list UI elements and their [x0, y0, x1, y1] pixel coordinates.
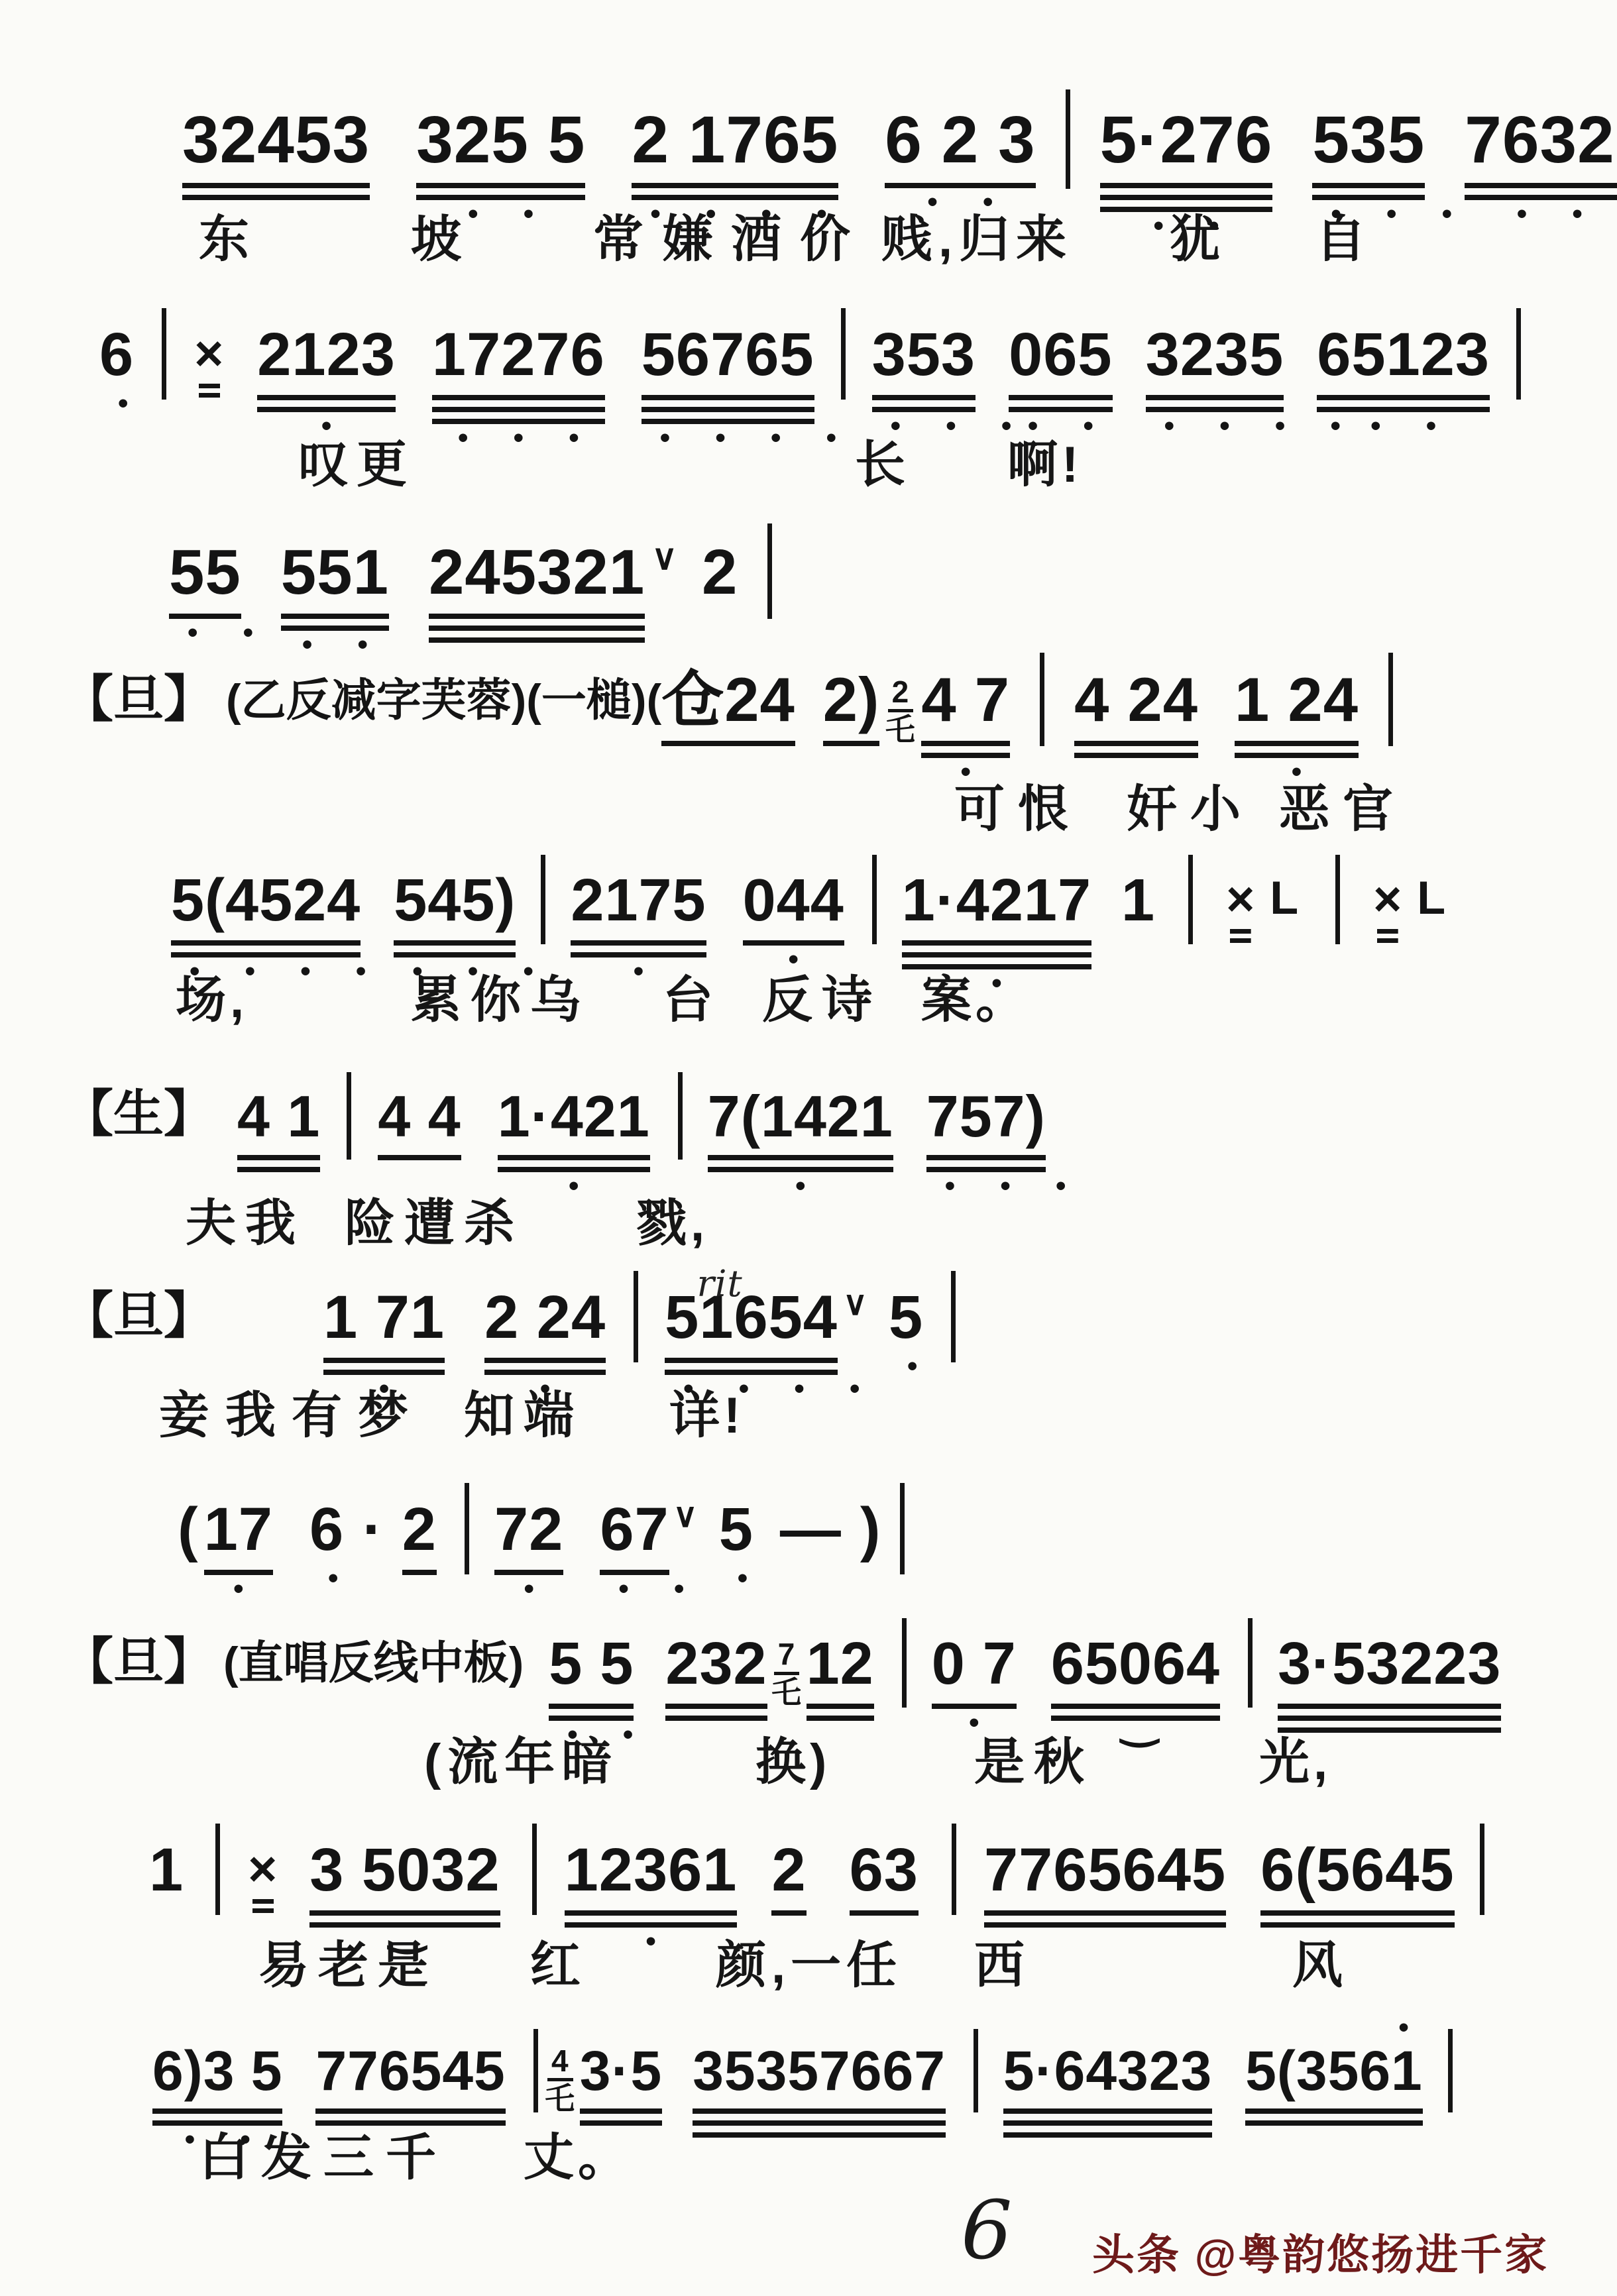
note-digits: 17276: [432, 323, 605, 424]
note-digits: 2175: [571, 869, 706, 957]
note-group: 72•: [494, 1495, 563, 1575]
note-digits: 17: [204, 1498, 273, 1575]
music-line: 【旦】1 71•2 24•rit51654• • • •∨5•: [63, 1271, 956, 1375]
note-group: 仓24: [661, 664, 795, 746]
note-group: 1 24•: [1235, 664, 1359, 758]
percussion-x-mark: ×: [1373, 871, 1402, 943]
note-group: 545)• • •: [394, 867, 516, 957]
note-group: 12361•: [565, 1835, 738, 1928]
note-digits: 1 24: [1235, 667, 1359, 758]
note-group: 4 24: [1074, 664, 1198, 758]
lyric-syllable: 险遭杀: [345, 1183, 524, 1255]
octave-dots-below: •: [719, 1567, 753, 1590]
lyric-syllable: 叹更: [298, 424, 415, 496]
lyric-syllable: 西: [974, 1925, 1029, 1997]
lyric-syllable: 场,: [176, 959, 248, 1032]
barline: [1516, 308, 1521, 400]
role-label: 【生】: [63, 1086, 214, 1142]
barline: [634, 1271, 638, 1362]
note-digits: 5(3561: [1245, 2042, 1423, 2125]
note-group: 4 7•: [921, 664, 1010, 758]
meter-fraction: 2乇: [885, 676, 916, 746]
barline: [900, 1483, 905, 1574]
note-group: 32453: [182, 102, 370, 200]
lyric-syllable: (流年暗: [424, 1722, 618, 1794]
note-group: 6(5645: [1260, 1835, 1454, 1928]
score-text: —: [780, 1495, 842, 1564]
note-digits: 5: [889, 1285, 923, 1350]
note-group: 044•: [743, 867, 844, 946]
note-digits: 353: [872, 323, 976, 412]
note-group: 6•: [309, 1495, 344, 1564]
lyric-line: 场,累你乌台反诗案。: [0, 959, 1617, 1032]
percussion-x-mark: ×: [1226, 871, 1255, 943]
lyric-syllable: 是秋: [974, 1722, 1093, 1794]
barline: [215, 1824, 220, 1915]
meter-fraction: 7乇: [771, 1638, 803, 1708]
percussion-x-mark: ×: [194, 325, 224, 398]
octave-dots-below: • •: [600, 1578, 669, 1600]
lyric-syllable: 风: [1292, 1925, 1347, 1997]
barline: [1448, 2029, 1453, 2112]
note-group: 65123• •: [1317, 320, 1490, 412]
note-digits: 6: [99, 323, 134, 387]
note-digits: 2): [823, 667, 880, 746]
note-group: 0 7•: [932, 1630, 1017, 1709]
barline: [347, 1072, 351, 1160]
lyric-line: 可恨奸小恶官: [0, 769, 1617, 842]
note-digits: 044: [743, 869, 844, 946]
lyric-line: 易老是红颜,一任西风: [0, 1925, 1617, 1998]
note-digits: 1 71: [323, 1285, 445, 1375]
note-digits: 4 7: [921, 667, 1010, 758]
note-group: 2175•: [571, 867, 706, 957]
barline: [541, 855, 545, 944]
note-digits: 232: [665, 1633, 767, 1721]
note-digits: 1·421: [498, 1086, 650, 1172]
note-digits: 763272: [1465, 105, 1617, 200]
note-digits: 545): [394, 869, 516, 957]
note-digits: 56765: [641, 323, 814, 424]
note-group: 551• •: [281, 536, 389, 631]
note-digits: 535: [1312, 105, 1425, 200]
note-digits: 2: [771, 1838, 806, 1916]
note-digits: 55: [169, 539, 241, 620]
note-group: 65064: [1051, 1630, 1220, 1721]
note-group: 2): [823, 664, 880, 746]
lyric-syllable: 详!: [669, 1375, 744, 1447]
barline: [1040, 653, 1044, 746]
lyric-syllable: 戮,: [636, 1183, 708, 1255]
lyric-syllable: 易老是: [258, 1925, 437, 1997]
note-group: 6•: [99, 320, 134, 390]
lyric-syllable: 犹: [1170, 199, 1224, 271]
lyric-syllable: 台: [663, 959, 717, 1032]
note-digits: 3·5: [580, 2042, 662, 2125]
note-digits: 6: [309, 1498, 344, 1562]
note-group: 757)• • •: [926, 1083, 1046, 1172]
note-digits: 65064: [1051, 1633, 1220, 1721]
note-group: 3·5: [580, 2039, 662, 2125]
tune-annotation: (直唱反线中板): [223, 1638, 524, 1688]
score-text: ): [860, 1495, 881, 1564]
lyric-syllable: 奸小: [1127, 769, 1254, 841]
note-digits: 72: [494, 1498, 563, 1575]
note-digits: 776545: [315, 2042, 505, 2125]
barline: [1480, 1824, 1484, 1915]
note-digits: 5 5: [549, 1633, 634, 1721]
note-digits: 6(5645: [1260, 1838, 1454, 1928]
note-group: 4 1: [237, 1083, 320, 1172]
barline: [1388, 653, 1393, 746]
note-digits: 4 24: [1074, 667, 1198, 758]
barline: [465, 1483, 469, 1574]
octave-dots-below: •: [494, 1578, 563, 1600]
note-group: 065• •: [1009, 320, 1113, 412]
lyric-syllable: 长: [855, 424, 909, 496]
note-digits: 51654: [665, 1285, 838, 1375]
lyric-syllable: 自: [1315, 199, 1370, 271]
barline: [532, 1824, 537, 1915]
note-group: 535• • •: [1312, 102, 1425, 200]
note-digits: 2: [402, 1498, 437, 1575]
note-group: 5(3561•: [1245, 2039, 1423, 2125]
note-group: 2: [402, 1495, 437, 1575]
lyric-syllable: 累你乌: [411, 959, 590, 1032]
lyric-syllable: 贱,归来: [881, 199, 1073, 271]
role-label: 【旦】: [63, 1633, 214, 1690]
fraction-top: 2: [888, 676, 914, 712]
note-group: 776545: [315, 2039, 505, 2125]
note-group: 4 4: [378, 1083, 461, 1160]
note-group: 1·421•: [498, 1083, 650, 1172]
music-line: 【旦】(乙反减字芙蓉)(一槌)(仓242)2乇4 7•4 241 24•: [63, 653, 1393, 765]
octave-dots-below: • •: [169, 622, 241, 644]
music-line: 【生】4 14 41·421•7(1421•757)• • •: [63, 1072, 1046, 1172]
lyric-line: 妾我有梦知端详!: [0, 1375, 1617, 1448]
note-digits: 2 1765: [632, 105, 838, 200]
music-line: 32453325 5• •2 1765• • • •6 2 3• •5·276•…: [182, 89, 1617, 212]
note-group: 7(1421•: [708, 1083, 893, 1172]
note-digits: 63: [850, 1838, 919, 1916]
note-digits: 3235: [1146, 323, 1284, 412]
note-group: 232: [665, 1630, 767, 1721]
role-label: 【旦】: [63, 671, 214, 728]
note-digits: 1·4217: [902, 869, 1091, 969]
barline: [902, 1618, 907, 1708]
note-group: 5 5• •: [549, 1630, 634, 1721]
percussion-l-mark: L: [1270, 871, 1299, 924]
barline: [533, 2029, 538, 2112]
note-digits: 5·276: [1100, 105, 1273, 212]
lyric-line: 白发三千丈。: [0, 2117, 1617, 2190]
note-group: 1·4217•: [902, 867, 1091, 969]
note-group: 51654• • • •: [665, 1283, 838, 1375]
lyric-syllable: 反诗: [762, 959, 881, 1032]
barline: [952, 1824, 956, 1915]
barline: [678, 1072, 683, 1160]
note-group: 2: [771, 1835, 806, 1916]
note-group: 2123•: [257, 320, 396, 412]
note-digits: 7(1421: [708, 1086, 893, 1172]
note-group: 5(4524• • • •: [171, 867, 361, 957]
score-text: (: [178, 1495, 199, 1564]
octave-dot-above: •: [1398, 2018, 1409, 2038]
barline: [974, 2029, 978, 2112]
barline: [1188, 855, 1193, 944]
note-digits: 7765645: [984, 1838, 1226, 1928]
music-line: 6•×2123•17276• • •56765• • • •353• • •06…: [99, 308, 1521, 424]
barline: [951, 1271, 956, 1362]
note-digits: 0 7: [932, 1633, 1017, 1709]
note-group: 245321: [429, 536, 645, 643]
breath-mark: ∨: [843, 1284, 868, 1322]
lyric-syllable: 坡: [411, 199, 465, 271]
note-digits: 2: [702, 539, 738, 606]
octave-dots-below: •: [204, 1578, 273, 1600]
note-group: 6)3 5• •: [152, 2039, 282, 2125]
breath-mark: ∨: [673, 1496, 698, 1534]
percussion-x-mark: ×: [248, 1840, 278, 1913]
note-group: 2 24•: [484, 1283, 606, 1375]
fraction-bottom: 乇: [545, 2081, 576, 2114]
note-group: 12: [807, 1630, 874, 1721]
note-digits: 325 5: [416, 105, 585, 200]
page-number: 6: [961, 2183, 1013, 2277]
lyric-syllable: 案。: [921, 959, 1030, 1032]
note-group: 1: [1121, 867, 1155, 935]
note-group: 17•: [204, 1495, 273, 1575]
note-group: 5•: [889, 1283, 923, 1352]
note-digits: 4 4: [378, 1086, 461, 1160]
barline: [1248, 1618, 1253, 1708]
fraction-top: 4: [547, 2045, 573, 2081]
note-digits: 1: [149, 1838, 184, 1902]
note-group: 7765645: [984, 1835, 1226, 1928]
tune-annotation: (乙反减字芙蓉)(一槌)(: [226, 675, 661, 726]
fraction-bottom: 乇: [885, 712, 916, 745]
fraction-top: 7: [774, 1638, 800, 1674]
meter-fraction: 4乇: [545, 2045, 576, 2115]
note-digits: 6 2 3: [885, 105, 1035, 188]
note-digits: 6)3 5: [152, 2042, 282, 2125]
lyric-syllable: 光,: [1259, 1722, 1331, 1794]
lyric-syllable: 恶官: [1279, 769, 1406, 841]
note-digits: 065: [1009, 323, 1113, 412]
note-group: 56765• • • •: [641, 320, 814, 424]
lyric-syllable: 常嫌酒价: [593, 199, 869, 271]
barline: [1335, 855, 1340, 944]
note-digits: 12361: [565, 1838, 738, 1928]
lyric-line: 东坡常嫌酒价贱,归来犹自: [0, 199, 1617, 272]
barline: [767, 523, 772, 619]
note-group: 3 5032: [309, 1835, 500, 1928]
music-line: 55• •551• •245321∨2: [169, 523, 772, 643]
note-digits: 67: [600, 1498, 669, 1575]
barline: [162, 308, 166, 400]
note-digits: 551: [281, 539, 389, 631]
note-digits: 2123: [257, 323, 396, 412]
lyric-syllable: 换): [755, 1722, 830, 1794]
note-digits: 65123: [1317, 323, 1490, 412]
role-label: 【旦】: [63, 1288, 214, 1344]
fraction-bottom: 乇: [771, 1675, 803, 1708]
octave-dots-below: •: [309, 1567, 344, 1590]
note-digits: 1: [1121, 869, 1155, 932]
note-group: 325 5• •: [416, 102, 585, 200]
note-digits: 2 24: [484, 1285, 606, 1375]
music-line: 5(4524• • • •545)• • •2175•044•1·4217•1×…: [171, 855, 1446, 969]
lyric-syllable: 知端: [464, 1375, 583, 1447]
music-line: 1×3 503212361•26377656456(5645: [149, 1824, 1484, 1928]
music-line: (17•6•·272•67• •∨5•—): [178, 1483, 905, 1575]
lyric-syllable: 红: [530, 1925, 585, 1997]
note-digits: 4 1: [237, 1086, 320, 1172]
note-group: 6 2 3• •: [885, 102, 1035, 188]
sheet-music-page: 32453325 5• •2 1765• • • •6 2 3• •5·276•…: [0, 0, 1617, 2296]
breath-mark: ∨: [651, 538, 678, 577]
note-digits: 32453: [182, 105, 370, 200]
note-digits: 5: [719, 1498, 753, 1562]
lyric-syllable: 妾我有梦: [159, 1375, 424, 1447]
lyric-line: 叹更长啊!: [0, 424, 1617, 497]
barline: [841, 308, 846, 400]
note-digits: 245321: [429, 539, 645, 643]
note-group: 17276• • •: [432, 320, 605, 424]
note-group: 55• •: [169, 536, 241, 620]
note-group: 353• • •: [872, 320, 976, 412]
note-group: 5·276• •: [1100, 102, 1273, 212]
note-digits: 757): [926, 1086, 1046, 1172]
lyric-syllable: 白发三千: [199, 2117, 448, 2189]
note-digits: 12: [807, 1633, 874, 1721]
note-group: 2 1765• • • •: [632, 102, 838, 200]
barline: [872, 855, 877, 944]
lyric-line: (流年暗换)是秋光,: [0, 1722, 1617, 1794]
lyric-syllable: 夫我: [186, 1183, 305, 1255]
note-group: 5•: [719, 1495, 753, 1564]
note-group: 1 71•: [323, 1283, 445, 1375]
lyric-syllable: 东: [199, 199, 253, 271]
lyric-syllable: 颜,一任: [716, 1925, 902, 1997]
note-digits: 仓24: [661, 667, 795, 746]
note-group: 1: [149, 1835, 184, 1905]
note-group: 763272• • •: [1465, 102, 1617, 200]
lyric-syllable: 啊!: [1007, 424, 1082, 496]
barline: [1066, 89, 1070, 189]
lyric-syllable: 可恨: [954, 769, 1082, 841]
note-group: 3·53223: [1278, 1630, 1501, 1733]
octave-dots-below: •: [99, 392, 134, 415]
music-line: 【旦】(直唱反线中板)5 5• •2327乇120 7•650643·53223: [63, 1618, 1501, 1733]
note-group: 3235• • • •: [1146, 320, 1284, 412]
note-group: 67• •: [600, 1495, 669, 1575]
note-group: 63: [850, 1835, 919, 1916]
score-text: ·: [362, 1495, 384, 1564]
note-digits: 3·53223: [1278, 1633, 1501, 1733]
note-digits: 3 5032: [309, 1838, 500, 1928]
note-digits: 5(4524: [171, 869, 361, 957]
watermark: 头条 @粤韵悠扬进千家: [1092, 2221, 1549, 2282]
lyric-syllable: 丈。: [524, 2117, 632, 2189]
note-group: 2: [702, 536, 738, 609]
percussion-l-mark: L: [1417, 871, 1446, 924]
lyric-line: 夫我险遭杀戮,: [0, 1183, 1617, 1256]
